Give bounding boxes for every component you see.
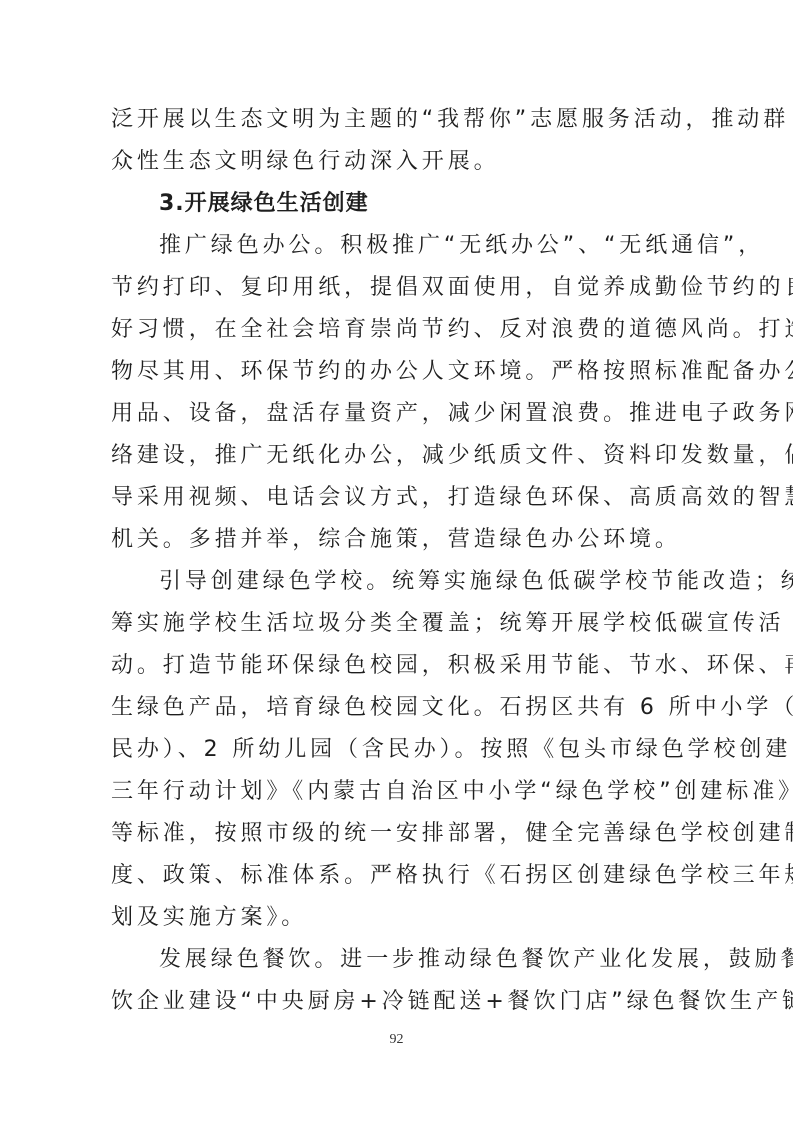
paragraph-line: 动。打造节能环保绿色校园，积极采用节能、节水、环保、再 [111, 651, 691, 681]
paragraph-line: 等标准，按照市级的统一安排部署，健全完善绿色学校创建制 [111, 819, 691, 849]
paragraph-line: 饮企业建设“中央厨房+冷链配送+餐饮门店”绿色餐饮生产链。 [111, 987, 691, 1017]
paragraph-line: 节约打印、复印用纸，提倡双面使用，自觉养成勤俭节约的良 [111, 273, 691, 303]
paragraph-line: 导采用视频、电话会议方式，打造绿色环保、高质高效的智慧 [111, 483, 691, 513]
paragraph-line: 用品、设备，盘活存量资产，减少闲置浪费。推进电子政务网 [111, 399, 691, 429]
paragraph-line: 划及实施方案》。 [111, 903, 691, 933]
document-page: 泛开展以生态文明为主题的“我帮你”志愿服务活动，推动群 众性生态文明绿色行动深入… [0, 0, 793, 1122]
paragraph-line: 络建设，推广无纸化办公，减少纸质文件、资料印发数量，倡 [111, 441, 691, 471]
paragraph-line: 发展绿色餐饮。进一步推动绿色餐饮产业化发展，鼓励餐 [159, 945, 739, 975]
section-heading: 3.开展绿色生活创建 [159, 189, 739, 219]
paragraph-line: 机关。多措并举，综合施策，营造绿色办公环境。 [111, 525, 691, 555]
paragraph-line: 生绿色产品，培育绿色校园文化。石拐区共有 6 所中小学（含 [111, 693, 691, 723]
paragraph-line: 三年行动计划》《内蒙古自治区中小学“绿色学校”创建标准》 [111, 777, 691, 807]
paragraph-line: 度、政策、标准体系。严格执行《石拐区创建绿色学校三年规 [111, 861, 691, 891]
paragraph-line: 众性生态文明绿色行动深入开展。 [111, 147, 691, 177]
paragraph-line: 泛开展以生态文明为主题的“我帮你”志愿服务活动，推动群 [111, 105, 691, 135]
paragraph-line: 推广绿色办公。积极推广“无纸办公”、“无纸通信”， [159, 231, 739, 261]
paragraph-line: 引导创建绿色学校。统筹实施绿色低碳学校节能改造；统 [159, 567, 739, 597]
paragraph-line: 民办）、2 所幼儿园（含民办）。按照《包头市绿色学校创建 [111, 735, 691, 765]
paragraph-line: 好习惯，在全社会培育崇尚节约、反对浪费的道德风尚。打造 [111, 315, 691, 345]
page-number: 92 [0, 1032, 793, 1048]
paragraph-line: 筹实施学校生活垃圾分类全覆盖；统筹开展学校低碳宣传活 [111, 609, 691, 639]
paragraph-line: 物尽其用、环保节约的办公人文环境。严格按照标准配备办公 [111, 357, 691, 387]
